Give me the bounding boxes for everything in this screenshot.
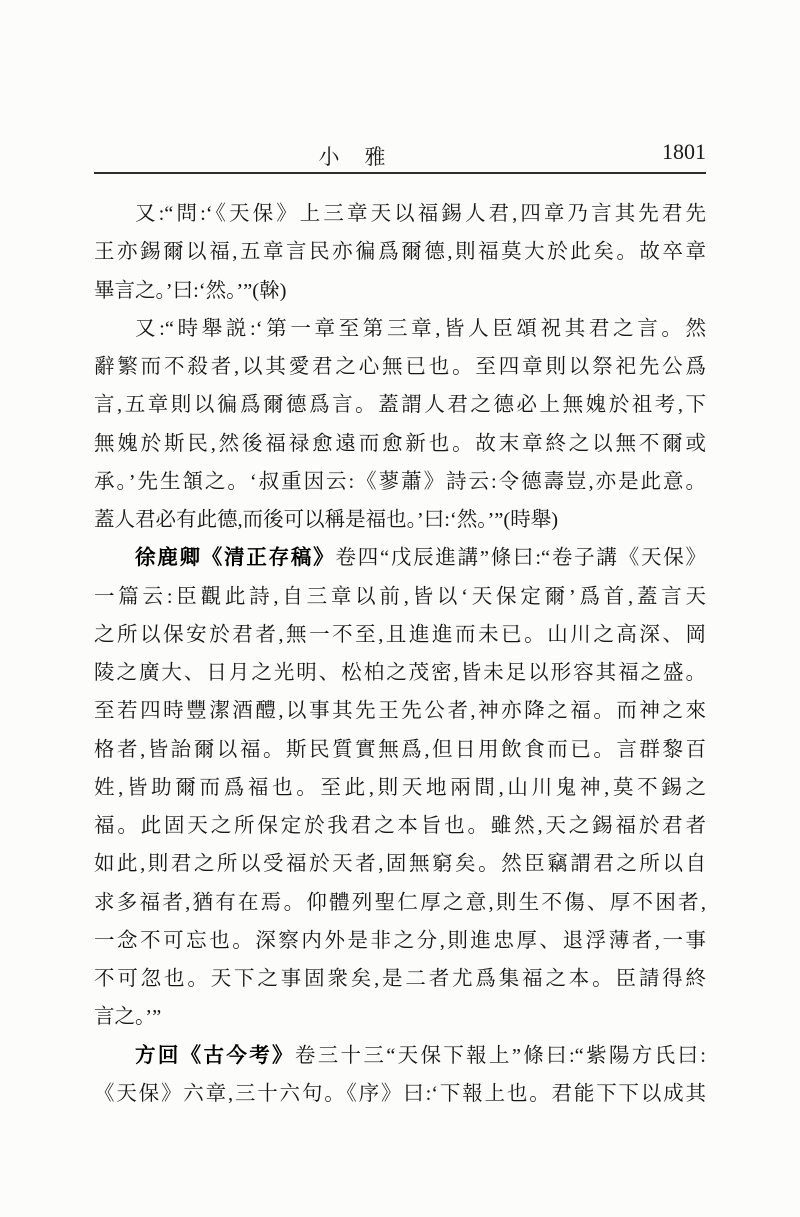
text-line: 一念不可忘也。深察内外是非之分,則進忠厚、退浮薄者,一事 xyxy=(94,922,706,960)
text-line: 之所以保安於君者,無一不至,且進進而未已。山川之高深、岡 xyxy=(94,616,706,654)
text-line: 至若四時豐潔酒醴,以事其先王先公者,神亦降之福。而神之來 xyxy=(94,692,706,730)
text-line: 格者,皆詒爾以福。斯民質實無爲,但日用飲食而已。言群黎百 xyxy=(94,731,706,769)
text-line: 一篇云:臣觀此詩,自三章以前,皆以‘天保定爾’爲首,蓋言天 xyxy=(94,578,706,616)
author-name: 徐鹿卿《清正存稿》 xyxy=(135,547,335,569)
book-page: 小 雅 1801 又:“問:‘《天保》上三章天以福錫人君,四章乃言其先君先 王亦… xyxy=(0,0,800,1217)
text-line: 如此,則君之所以受福於天者,固無窮矣。然臣竊謂君之所以自 xyxy=(94,845,706,883)
text-line: 《天保》六章,三十六句。《序》曰:‘下報上也。君能下下以成其 xyxy=(94,1075,706,1113)
text-line: 言,五章則以徧爲爾德爲言。蓋謂人君之德必上無媿於祖考,下 xyxy=(94,386,706,424)
text-line: 方回《古今考》卷三十三“天保下報上”條曰:“紫陽方氏曰: xyxy=(94,1037,706,1075)
text-line: 辭繁而不殺者,以其愛君之心無已也。至四章則以祭祀先公爲 xyxy=(94,348,706,386)
text-segment: 卷四“戊辰進講”條曰:“卷子講《天保》 xyxy=(335,547,706,569)
text-line: 承。’先生頷之。‘叔重因云:《蓼蕭》詩云:令德壽豈,亦是此意。 xyxy=(94,463,706,501)
text-segment: 卷三十三“天保下報上”條曰:“紫陽方氏曰: xyxy=(295,1045,706,1067)
text-line: 王亦錫爾以福,五章言民亦徧爲爾德,則福莫大於此矣。故卒章 xyxy=(94,233,706,271)
running-header-title: 小 雅 xyxy=(319,141,388,171)
text-line: 畢言之。’曰:‘然。’”(榦) xyxy=(94,272,706,310)
text-line: 又:“問:‘《天保》上三章天以福錫人君,四章乃言其先君先 xyxy=(94,195,706,233)
header-rule xyxy=(94,172,706,174)
page-number: 1801 xyxy=(662,139,706,165)
text-line: 無媿於斯民,然後福禄愈遠而愈新也。故末章終之以無不爾或 xyxy=(94,425,706,463)
text-line: 不可忽也。天下之事固衆矣,是二者尤爲集福之本。臣請得終 xyxy=(94,960,706,998)
paragraph: 徐鹿卿《清正存稿》卷四“戊辰進講”條曰:“卷子講《天保》 一篇云:臣觀此詩,自三… xyxy=(94,539,706,1036)
text-line: 陵之廣大、日月之光明、松柏之茂密,皆未足以形容其福之盛。 xyxy=(94,654,706,692)
text-line: 徐鹿卿《清正存稿》卷四“戊辰進講”條曰:“卷子講《天保》 xyxy=(94,539,706,577)
text-line: 福。此固天之所保定於我君之本旨也。雖然,天之錫福於君者 xyxy=(94,807,706,845)
text-line: 蓋人君必有此德,而後可以稱是福也。’曰:‘然。’”(時舉) xyxy=(94,501,706,539)
text-line: 姓,皆助爾而爲福也。至此,則天地兩間,山川鬼神,莫不錫之 xyxy=(94,769,706,807)
text-line: 言之。’” xyxy=(94,998,706,1036)
running-header: 小 雅 1801 xyxy=(94,139,706,171)
paragraph: 又:“時舉説:‘第一章至第三章,皆人臣頌祝其君之言。然 辭繁而不殺者,以其愛君之… xyxy=(94,310,706,540)
author-name: 方回《古今考》 xyxy=(135,1045,295,1067)
page-body: 又:“問:‘《天保》上三章天以福錫人君,四章乃言其先君先 王亦錫爾以福,五章言民… xyxy=(94,195,706,1113)
text-line: 又:“時舉説:‘第一章至第三章,皆人臣頌祝其君之言。然 xyxy=(94,310,706,348)
text-line: 求多福者,猶有在焉。仰體列聖仁厚之意,則生不傷、厚不困者, xyxy=(94,884,706,922)
paragraph: 方回《古今考》卷三十三“天保下報上”條曰:“紫陽方氏曰: 《天保》六章,三十六句… xyxy=(94,1037,706,1114)
paragraph: 又:“問:‘《天保》上三章天以福錫人君,四章乃言其先君先 王亦錫爾以福,五章言民… xyxy=(94,195,706,310)
